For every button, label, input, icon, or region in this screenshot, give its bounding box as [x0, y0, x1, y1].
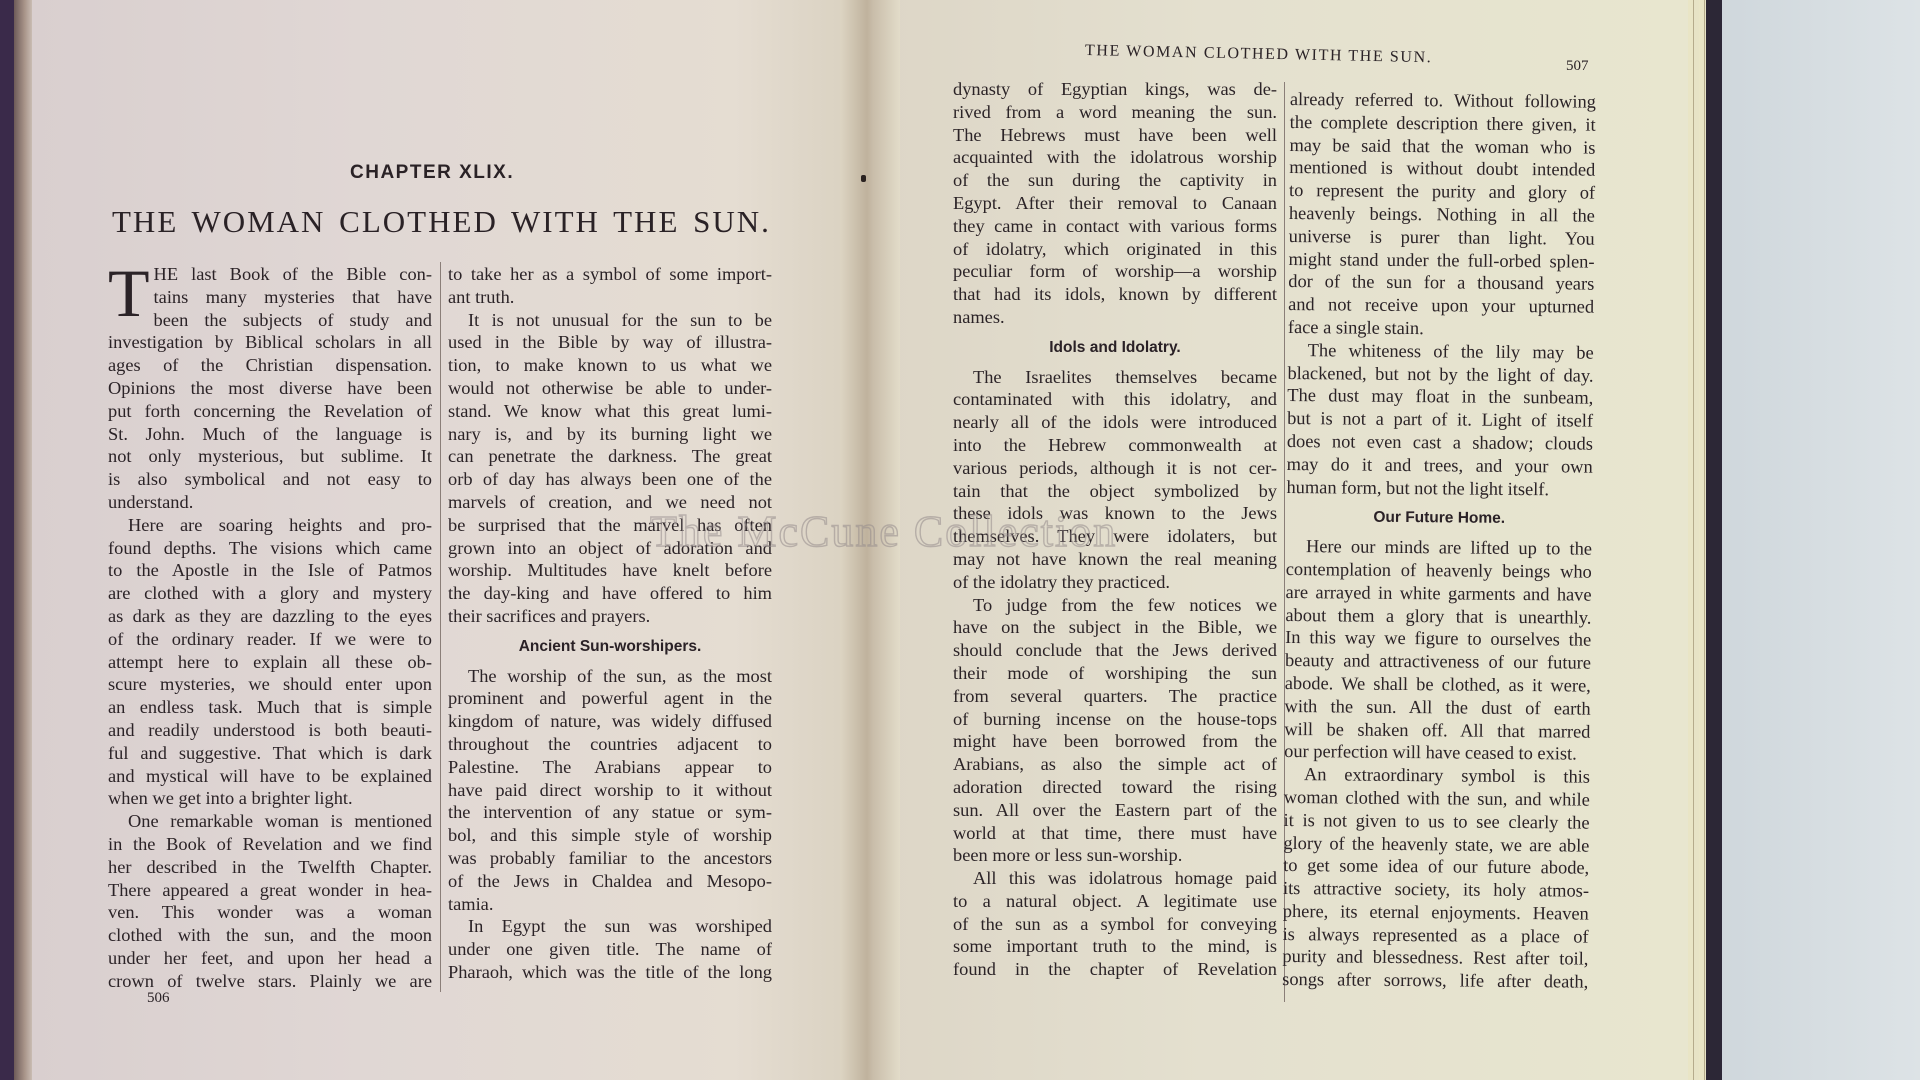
text-line: face a single stain. — [1288, 316, 1594, 341]
text-line: contemplation of heavenly beings who — [1286, 558, 1592, 583]
text-line: they came in contact with various forms — [953, 215, 1277, 238]
text-line: tion, to make known to us what we — [448, 354, 772, 377]
text-line: been the subjects of study and — [108, 309, 432, 332]
book-cover-right — [1706, 0, 1722, 1080]
text-line: of the Jews in Chaldea and Mesopo- — [448, 870, 772, 893]
text-line: songs after sorrows, life after death, — [1282, 968, 1588, 993]
background — [1718, 0, 1920, 1080]
text-line: of the ordinary reader. If we were to — [108, 628, 432, 651]
text-line: Pharaoh, which was the title of the long — [448, 961, 772, 984]
text-line: might stand under the full-orbed splen- — [1288, 248, 1594, 273]
text-line: to represent the purity and glory of — [1289, 179, 1595, 204]
text-line: have on the subject in the Bible, we — [953, 616, 1277, 639]
text-line: of the idolatry they practiced. — [953, 571, 1277, 594]
text-line: when we get into a brighter light. — [108, 787, 432, 810]
text-line: It is not unusual for the sun to be — [448, 309, 772, 332]
text-line: an endless task. Much that is simple — [108, 696, 432, 719]
text-line: attempt here to explain all these ob- — [108, 651, 432, 674]
text-line: investigation by Biblical scholars in al… — [108, 331, 432, 354]
text-line: might have been borrowed from the — [953, 730, 1277, 753]
text-line: tain that the object symbolized by — [953, 480, 1277, 503]
subheading: Idols and Idolatry. — [953, 337, 1277, 360]
text-line: their sacrifices and prayers. — [448, 605, 772, 628]
text-line: the complete description there given, it — [1290, 111, 1596, 136]
text-line: The whiteness of the lily may be — [1288, 339, 1594, 364]
text-line: There appeared a great wonder in hea- — [108, 879, 432, 902]
text-line: names. — [953, 306, 1277, 329]
text-line: acquainted with the idolatrous worship — [953, 146, 1277, 169]
text-line: would not otherwise be able to under- — [448, 377, 772, 400]
column-2: to take her as a symbol of some import-a… — [448, 263, 772, 984]
paragraph: investigation by Biblical scholars in al… — [108, 331, 432, 513]
text-line: understand. — [108, 491, 432, 514]
text-line: have paid direct worship to it without — [448, 779, 772, 802]
paragraph: Here are soaring heights and pro-found d… — [108, 514, 432, 810]
text-line: worship. Multitudes have knelt before — [448, 559, 772, 582]
drop-cap: T — [108, 265, 150, 323]
text-line: human form, but not the light itself. — [1286, 476, 1592, 501]
text-line: bol, and this simple style of worship — [448, 824, 772, 847]
text-line: its attractive society, its holy atmos- — [1283, 877, 1589, 902]
text-line: heavenly beings. Nothing in all the — [1289, 202, 1595, 227]
text-line: beauty and attractiveness of our future — [1285, 649, 1591, 674]
text-line: to take her as a symbol of some import- — [448, 263, 772, 286]
opening-paragraph: T HE last Book of the Bible con-tains ma… — [108, 263, 432, 331]
text-line: of burning incense on the house-tops — [953, 708, 1277, 731]
text-line: universe is purer than light. You — [1289, 225, 1595, 250]
text-line: will be shaken off. All that marred — [1284, 717, 1590, 742]
ink-smudge — [861, 175, 866, 182]
paragraph: One remarkable woman is mentionedin the … — [108, 810, 432, 992]
text-line: found depths. The visions which came — [108, 537, 432, 560]
text-line: glory of the heavenly state, we are able — [1283, 831, 1589, 856]
text-line: with the sun. All the dust of earth — [1285, 695, 1591, 720]
watermark: The McCune Collection — [650, 506, 1117, 557]
text-line: her described in the Twelfth Chapter. — [108, 856, 432, 879]
text-line: under her feet, and upon her head a — [108, 947, 432, 970]
text-line: ven. This wonder was a woman — [108, 901, 432, 924]
text-line: was probably familiar to the ancestors — [448, 847, 772, 870]
text-line: that had its idols, known by different — [953, 283, 1277, 306]
text-line: woman clothed with the sun, and while — [1284, 786, 1590, 811]
text-line: ful and suggestive. That which is dark — [108, 742, 432, 765]
column-divider — [440, 262, 441, 992]
paragraph: to take her as a symbol of some import-a… — [448, 263, 772, 309]
text-line: stand. We know what this great lumi- — [448, 400, 772, 423]
text-line: peculiar form of worship—a worship — [953, 260, 1277, 283]
text-line: Egypt. After their removal to Canaan — [953, 192, 1277, 215]
text-line: been more or less sun-worship. — [953, 844, 1277, 867]
text-line: not only mysterious, but sublime. It — [108, 445, 432, 468]
chapter-title: THE WOMAN CLOTHED WITH THE SUN. — [112, 204, 771, 240]
subheading: Ancient Sun-worshipers. — [448, 636, 772, 659]
column-4: already referred to. Without followingth… — [1282, 88, 1596, 994]
text-line: of the sun during the captivity in — [953, 169, 1277, 192]
text-line: world at that time, there must have — [953, 822, 1277, 845]
text-line: our perfection will have ceased to exist… — [1284, 740, 1590, 765]
paragraph: To judge from the few notices wehave on … — [953, 594, 1277, 868]
text-line: scure mysteries, we should enter upon — [108, 673, 432, 696]
text-line: The Israelites themselves became — [953, 366, 1277, 389]
paragraph: In Egypt the sun was worshipedunder one … — [448, 915, 772, 983]
text-line: and not receive upon your upturned — [1288, 293, 1594, 318]
text-line: into the Hebrew commonwealth at — [953, 434, 1277, 457]
paragraph: Here our minds are lifted up to theconte… — [1284, 535, 1592, 766]
text-line: to a natural object. A legitimate use — [953, 890, 1277, 913]
text-line: put forth concerning the Revelation of — [108, 400, 432, 423]
paragraph: HE last Book of the Bible con-tains many… — [108, 263, 432, 331]
text-line: as dark as they are dazzling to the eyes — [108, 605, 432, 628]
text-line: tains many mysteries that have — [108, 286, 432, 309]
text-line: does not even cast a shadow; clouds — [1287, 430, 1593, 455]
text-line: contaminated with this idolatry, and — [953, 388, 1277, 411]
text-line: In Egypt the sun was worshiped — [448, 915, 772, 938]
text-line: In this way we figure to ourselves the — [1285, 626, 1591, 651]
text-line: to get some idea of our future abode, — [1283, 854, 1589, 879]
text-line: phere, its eternal enjoyments. Heaven — [1283, 900, 1589, 925]
paragraph: An extraordinary symbol is thiswoman clo… — [1282, 763, 1590, 994]
text-line: HE last Book of the Bible con- — [108, 263, 432, 286]
text-line: nary is, and by its burning light we — [448, 423, 772, 446]
chapter-label: CHAPTER XLIX. — [350, 162, 514, 184]
text-line: mentioned is without doubt intended — [1289, 156, 1595, 181]
text-line: An extraordinary symbol is this — [1284, 763, 1590, 788]
text-line: are clothed with a glory and mystery — [108, 582, 432, 605]
text-line: various periods, although it is not cer- — [953, 457, 1277, 480]
text-line: ant truth. — [448, 286, 772, 309]
text-line: and readily understood is both beauti- — [108, 719, 432, 742]
book-spine-edge-left — [14, 0, 32, 1080]
text-line: it is not given to us to see clearly the — [1284, 809, 1590, 834]
text-line: throughout the countries adjacent to — [448, 733, 772, 756]
text-line: adoration directed toward the rising — [953, 776, 1277, 799]
text-line: are arrayed in white garments and have — [1286, 581, 1592, 606]
text-line: All this was idolatrous homage paid — [953, 867, 1277, 890]
page-number-left: 506 — [147, 990, 170, 1007]
text-line: orb of day has always been one of the — [448, 468, 772, 491]
text-line: Arabians, as also the simple act of — [953, 753, 1277, 776]
text-line: nearly all of the idols were introduced — [953, 411, 1277, 434]
text-line: used in the Bible by way of illustra- — [448, 331, 772, 354]
text-line: can penetrate the darkness. The great — [448, 445, 772, 468]
text-line: of the sun as a symbol for conveying — [953, 913, 1277, 936]
column-1: T HE last Book of the Bible con-tains ma… — [108, 263, 432, 993]
page-number-right: 507 — [1566, 58, 1589, 75]
text-line: Palestine. The Arabians appear to — [448, 756, 772, 779]
text-line: found in the chapter of Revelation — [953, 958, 1277, 981]
text-line: Here are soaring heights and pro- — [108, 514, 432, 537]
text-line: dor of the sun for a thousand years — [1288, 270, 1594, 295]
paragraph: The whiteness of the lily may beblackene… — [1286, 339, 1593, 501]
text-line: should conclude that the Jews derived — [953, 639, 1277, 662]
text-line: To judge from the few notices we — [953, 594, 1277, 617]
text-line: St. John. Much of the language is — [108, 423, 432, 446]
text-line: The Hebrews must have been well — [953, 124, 1277, 147]
text-line: is always represented as a place of — [1283, 923, 1589, 948]
paragraph: All this was idolatrous homage paidto a … — [953, 867, 1277, 981]
paragraph: already referred to. Without followingth… — [1288, 88, 1596, 341]
paragraph: It is not unusual for the sun to beused … — [448, 309, 772, 628]
text-line: sun. All over the Eastern part of the — [953, 799, 1277, 822]
text-line: the intervention of any statue or sym- — [448, 801, 772, 824]
text-line: to the Apostle in the Isle of Patmos — [108, 559, 432, 582]
text-line: under one given title. The name of — [448, 938, 772, 961]
text-line: may do it and trees, and your own — [1287, 453, 1593, 478]
text-line: blackened, but not by the light of day. — [1287, 362, 1593, 387]
text-line: in the Book of Revelation and we find — [108, 833, 432, 856]
text-line: may be said that the woman who is — [1289, 134, 1595, 159]
text-line: dynasty of Egyptian kings, was de- — [953, 78, 1277, 101]
text-line: Here our minds are lifted up to the — [1286, 535, 1592, 560]
paragraph: The Israelites themselves becamecontamin… — [953, 366, 1277, 594]
text-line: kingdom of nature, was widely diffused — [448, 710, 772, 733]
text-line: tamia. — [448, 893, 772, 916]
text-line: of idolatry, which originated in this — [953, 238, 1277, 261]
text-line: already referred to. Without following — [1290, 88, 1596, 113]
book-cover-left — [0, 0, 14, 1080]
text-line: ages of the Christian dispensation. — [108, 354, 432, 377]
text-line: The worship of the sun, as the most — [448, 665, 772, 688]
text-line: prominent and powerful agent in the — [448, 687, 772, 710]
text-line: but is not a part of it. Light of itself — [1287, 407, 1593, 432]
text-line: abode. We shall be clothed, as it were, — [1285, 672, 1591, 697]
text-line: the day-king and have offered to him — [448, 582, 772, 605]
text-line: purity and blessedness. Rest after toil, — [1282, 945, 1588, 970]
text-line: some important truth to the mind, is — [953, 935, 1277, 958]
text-line: One remarkable woman is mentioned — [108, 810, 432, 833]
text-line: from several quarters. The practice — [953, 685, 1277, 708]
text-line: their mode of worshiping the sun — [953, 662, 1277, 685]
text-line: Opinions the most diverse have been — [108, 377, 432, 400]
text-line: rived from a word meaning the sun. — [953, 101, 1277, 124]
text-line: The dust may float in the sunbeam, — [1287, 384, 1593, 409]
text-line: clothed with the sun, and the moon — [108, 924, 432, 947]
paragraph: The worship of the sun, as the mostpromi… — [448, 665, 772, 916]
text-line: and mystical will have to be explained — [108, 765, 432, 788]
paragraph: dynasty of Egyptian kings, was de-rived … — [953, 78, 1277, 329]
text-line: is also symbolical and not easy to — [108, 468, 432, 491]
text-line: about them a glory that is unearthly. — [1285, 604, 1591, 629]
subheading: Our Future Home. — [1286, 506, 1592, 531]
